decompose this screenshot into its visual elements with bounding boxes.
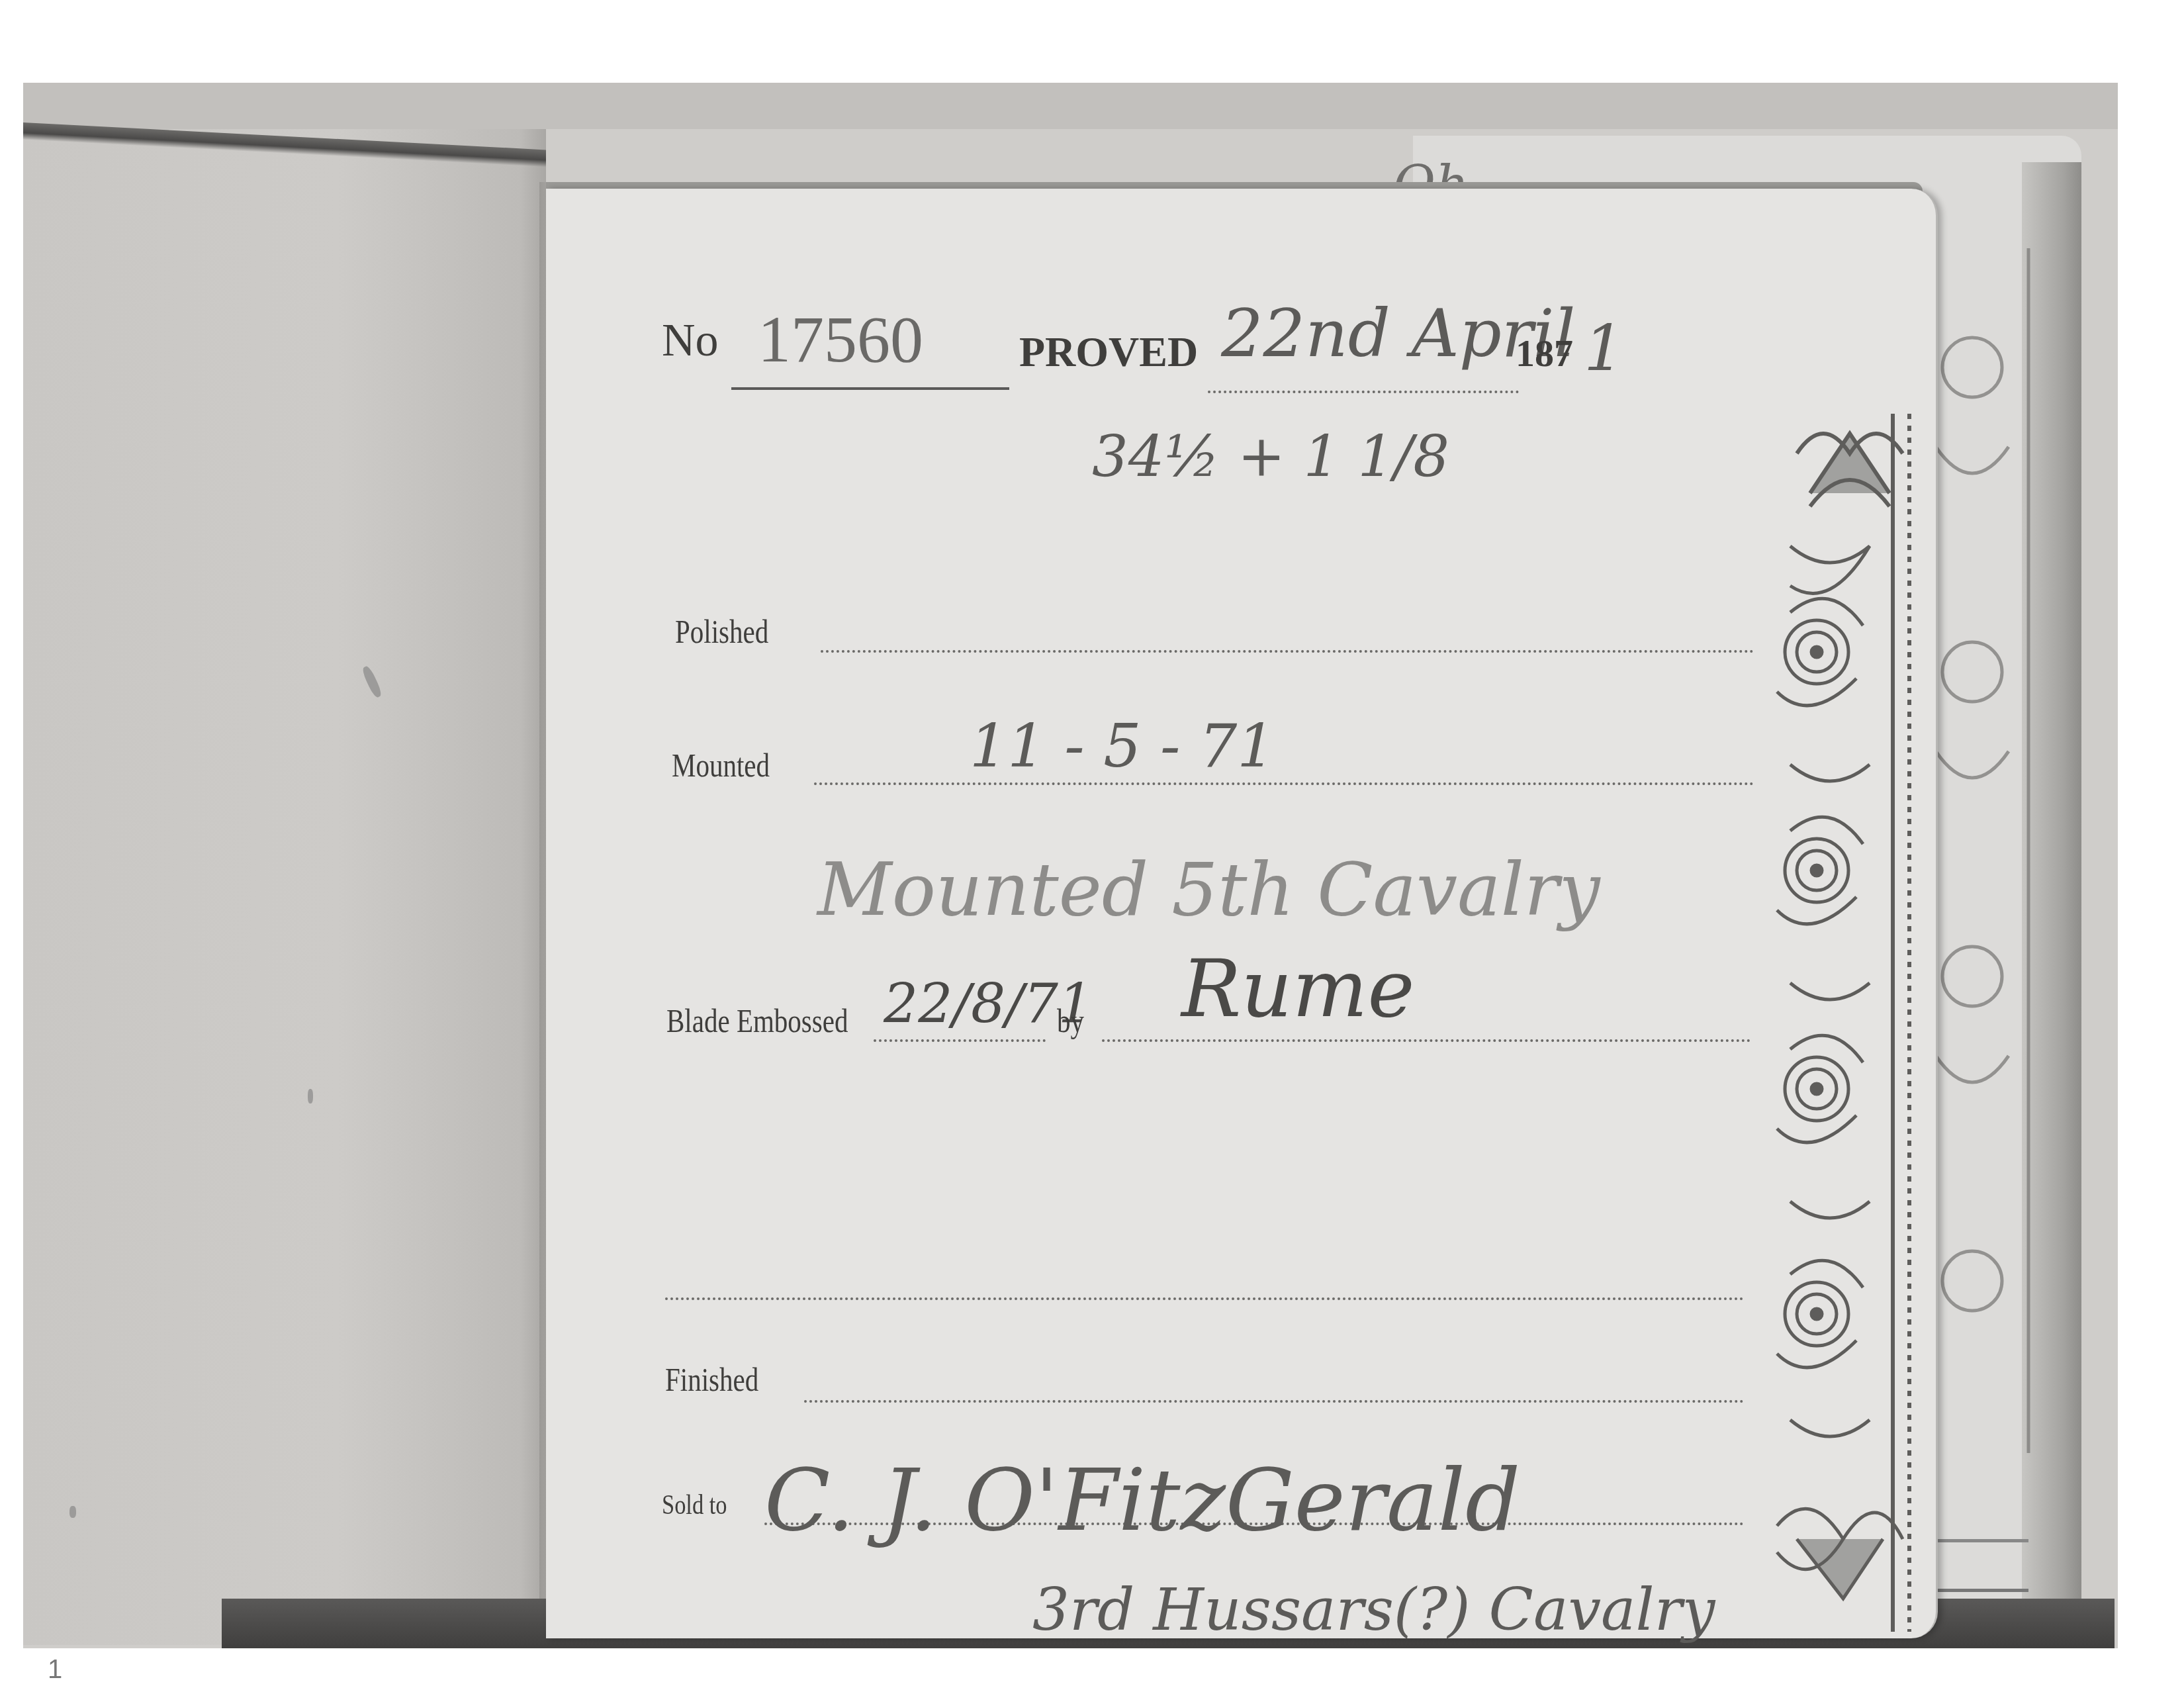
number-underline bbox=[731, 387, 1009, 390]
proved-date-underline bbox=[1208, 391, 1519, 393]
blade-embossed-label: Blade Embossed bbox=[666, 1002, 848, 1040]
serial-number: 17560 bbox=[758, 301, 923, 377]
left-page bbox=[23, 129, 546, 1645]
blade-embosser-name: Rume bbox=[1181, 943, 1414, 1035]
measurement-note: 34½ + 1 1/8 bbox=[1092, 424, 1449, 490]
blade-embossed-by-line bbox=[1102, 1039, 1751, 1042]
left-page-smudge bbox=[69, 1506, 76, 1518]
polished-line bbox=[821, 650, 1754, 653]
year-printed: 187 bbox=[1516, 331, 1573, 375]
ledger-page: No 17560 PROVED 22nd April 187 1 34½ + 1… bbox=[546, 189, 1938, 1638]
background-surface bbox=[23, 83, 2118, 129]
sold-to-label: Sold to bbox=[662, 1489, 727, 1521]
buyer-name: C. J. O'FitzGerald bbox=[764, 1450, 1520, 1550]
blade-embossed-date-line bbox=[874, 1039, 1046, 1042]
blade-embossed-by-label: by bbox=[1057, 1002, 1084, 1040]
mounted-regiment-annotation: Mounted 5th Cavalry bbox=[817, 847, 1600, 932]
mounted-date: 11 - 5 - 71 bbox=[970, 712, 1275, 781]
book-photograph: Oh ... No 17560 PROVED 22nd April 187 1 … bbox=[23, 83, 2118, 1648]
margin-page-number: 1 bbox=[48, 1655, 62, 1685]
mounted-line bbox=[814, 782, 1754, 785]
left-page-smudge bbox=[308, 1089, 313, 1103]
polished-label: Polished bbox=[675, 612, 768, 651]
mounted-label: Mounted bbox=[672, 746, 770, 784]
year-handwritten: 1 bbox=[1584, 311, 1624, 385]
blank-entry-line bbox=[665, 1297, 1744, 1300]
proved-label: PROVED bbox=[1019, 328, 1198, 377]
ornamental-border bbox=[1770, 414, 1929, 1632]
finished-line bbox=[804, 1400, 1744, 1403]
finished-label: Finished bbox=[665, 1360, 758, 1399]
buyer-address: 3rd Hussars(?) Cavalry bbox=[1032, 1575, 1715, 1644]
number-prefix: No bbox=[662, 314, 719, 367]
